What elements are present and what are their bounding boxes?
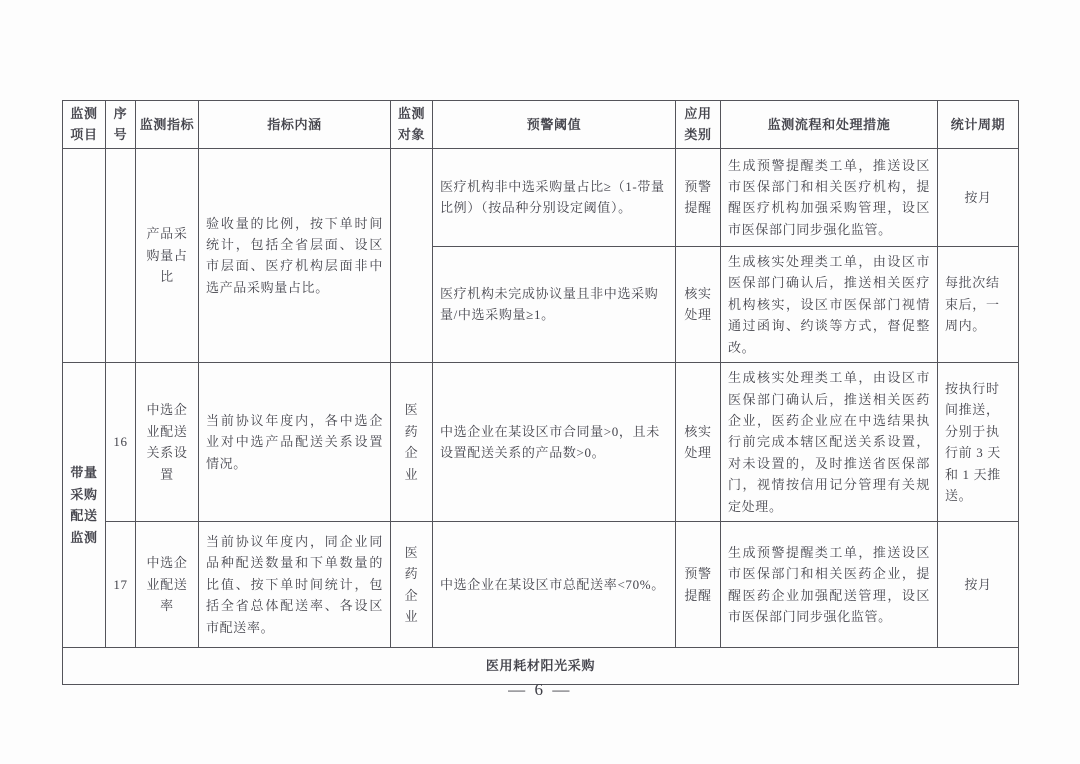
cell-17-category: 预警提醒 [676, 522, 721, 648]
cell-a-seq-empty [106, 148, 136, 362]
cell-16-category: 核实处理 [676, 363, 721, 522]
cell-a-target-empty [391, 148, 433, 362]
header-row: 监测项目 序号 监测指标 指标内涵 监测对象 预警阈值 应用类别 监测流程和处理… [63, 101, 1019, 149]
table-row-16: 带量采购配送监测 16 中选企业配送关系设置 当前协议年度内，各中选企业对中选产… [63, 363, 1019, 522]
cell-a2-category: 核实处理 [676, 246, 721, 362]
cell-16-seq: 16 [106, 363, 136, 522]
cell-a1-cycle: 按月 [938, 148, 1019, 246]
monitoring-table: 监测项目 序号 监测指标 指标内涵 监测对象 预警阈值 应用类别 监测流程和处理… [62, 100, 1019, 685]
cell-17-indicator: 中选企业配送率 [136, 522, 199, 648]
header-target: 监测对象 [391, 101, 433, 149]
cell-a1-threshold: 医疗机构非中选采购量占比≥（1-带量比例）（按品种分别设定阈值）。 [433, 148, 676, 246]
cell-17-threshold: 中选企业在某设区市总配送率<70%。 [433, 522, 676, 648]
page-number: — 6 — [0, 680, 1080, 700]
cell-17-process: 生成预警提醒类工单，推送设区市医保部门和相关医药企业，提醒医药企业加强配送管理，… [721, 522, 938, 648]
header-meaning: 指标内涵 [199, 101, 391, 149]
cell-17-cycle: 按月 [938, 522, 1019, 648]
cell-17-seq: 17 [106, 522, 136, 648]
header-category: 应用类别 [676, 101, 721, 149]
cell-16-indicator: 中选企业配送关系设置 [136, 363, 199, 522]
cell-16-meaning: 当前协议年度内，各中选企业对中选产品配送关系设置情况。 [199, 363, 391, 522]
header-threshold: 预警阈值 [433, 101, 676, 149]
table-row-a-sub1: 产品采购量占比 验收量的比例，按下单时间统计，包括全省层面、设区市层面、医疗机构… [63, 148, 1019, 246]
cell-a-indicator: 产品采购量占比 [136, 148, 199, 362]
cell-a2-process: 生成核实处理类工单，由设区市医保部门确认后，推送相关医疗机构核实，设区市医保部门… [721, 246, 938, 362]
header-project: 监测项目 [63, 101, 106, 149]
cell-a1-category: 预警提醒 [676, 148, 721, 246]
cell-a-meaning: 验收量的比例，按下单时间统计，包括全省层面、设区市层面、医疗机构层面非中选产品采… [199, 148, 391, 362]
cell-16-threshold: 中选企业在某设区市合同量>0，且未设置配送关系的产品数>0。 [433, 363, 676, 522]
document-page: 监测项目 序号 监测指标 指标内涵 监测对象 预警阈值 应用类别 监测流程和处理… [0, 0, 1080, 764]
cell-16-cycle: 按执行时间推送，分别于执行前 3 天和 1 天推送。 [938, 363, 1019, 522]
cell-17-target: 医药企业 [391, 522, 433, 648]
header-seq: 序号 [106, 101, 136, 149]
cell-project-label: 带量采购配送监测 [63, 363, 106, 648]
header-indicator: 监测指标 [136, 101, 199, 149]
cell-a-project-empty [63, 148, 106, 362]
cell-a1-process: 生成预警提醒类工单，推送设区市医保部门和相关医疗机构，提醒医疗机构加强采购管理，… [721, 148, 938, 246]
table-row-17: 17 中选企业配送率 当前协议年度内，同企业同品种配送数量和下单数量的比值、按下… [63, 522, 1019, 648]
cell-a2-cycle: 每批次结束后，一周内。 [938, 246, 1019, 362]
cell-16-target: 医药企业 [391, 363, 433, 522]
cell-17-meaning: 当前协议年度内，同企业同品种配送数量和下单数量的比值、按下单时间统计，包括全省总… [199, 522, 391, 648]
header-cycle: 统计周期 [938, 101, 1019, 149]
cell-a2-threshold: 医疗机构未完成协议量且非中选采购量/中选采购量≥1。 [433, 246, 676, 362]
header-process: 监测流程和处理措施 [721, 101, 938, 149]
cell-16-process: 生成核实处理类工单，由设区市医保部门确认后，推送相关医药企业，医药企业应在中选结… [721, 363, 938, 522]
